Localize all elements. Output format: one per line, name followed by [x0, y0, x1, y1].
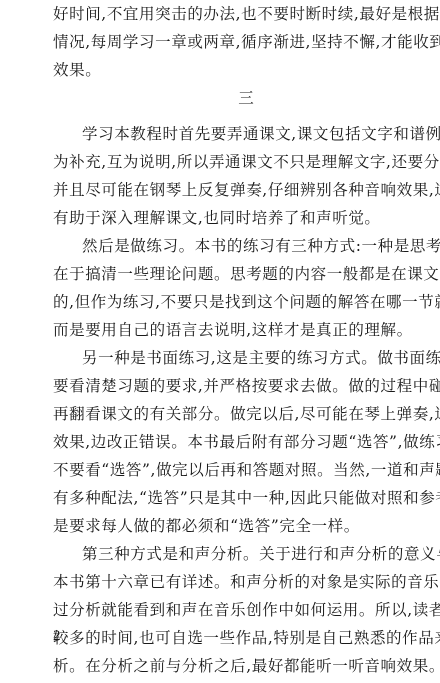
- paragraph-4-line-1: 另一种是书面练习,这是主要的练习方式。做书面练习首先: [82, 344, 439, 372]
- paragraph-1-line-1: 好时间,不宜用突击的办法,也不要时断时续,最好是根据自己的: [53, 0, 439, 28]
- paragraph-4-line-5: 不要看“选答”,做完以后再和答题对照。当然,一道和声题通常: [53, 456, 439, 484]
- paragraph-2-line-4: 有助于深入理解课文,也同时培养了和声听觉。: [53, 204, 381, 232]
- paragraph-4-line-4: 效果,边改正错误。本书最后附有部分习题“选答”,做练习时先: [53, 428, 439, 456]
- paragraph-5-line-5: 析。在分析之前与分析之后,最好都能听一听音响效果。: [53, 652, 440, 680]
- paragraph-3-line-2: 在于搞清一些理论问题。思考题的内容一般都是在课文中讲过: [53, 260, 439, 288]
- paragraph-2-line-2: 为补充,互为说明,所以弄通课文不只是理解文字,还要分析谱例,: [53, 148, 439, 176]
- section-heading: 三: [53, 84, 439, 112]
- paragraph-4-line-2: 要看清楚习题的要求,并严格按要求去做。做的过程中碰到问题: [53, 372, 439, 400]
- paragraph-4-line-7: 是要求每人做的都必须和“选答”完全一样。: [53, 512, 360, 540]
- paragraph-2-line-3: 并且尽可能在钢琴上反复弹奏,仔细辨别各种音响效果,这样不但: [53, 176, 439, 204]
- paragraph-4-line-6: 有多种配法,“选答”只是其中一种,因此只能做对照和参考,而不: [53, 484, 439, 512]
- paragraph-4-line-3: 再翻看课文的有关部分。做完以后,尽可能在琴上弹奏,边听音响: [53, 400, 439, 428]
- paragraph-5-line-3: 过分析就能看到和声在音乐创作中如何运用。所以,读者倘若有: [53, 596, 439, 624]
- paragraph-3-line-1: 然后是做练习。本书的练习有三种方式:一种是思考题,目的: [82, 232, 439, 260]
- paragraph-2-line-1: 学习本教程时首先要弄通课文,课文包括文字和谱例,两者互: [82, 120, 439, 148]
- paragraph-1-line-2: 情况,每周学习一章或两章,循序渐进,坚持不懈,才能收到明显: [53, 28, 439, 56]
- paragraph-3-line-4: 而是要用自己的语言去说明,这样才是真正的理解。: [53, 316, 413, 344]
- paragraph-1-line-3: 效果。: [53, 56, 101, 84]
- paragraph-5-line-4: 较多的时间,也可自选一些作品,特别是自己熟悉的作品来进行分: [53, 624, 439, 652]
- paragraph-5-line-1: 第三种方式是和声分析。关于进行和声分析的意义与方法,: [82, 540, 439, 568]
- page-number: 2: [53, 626, 61, 646]
- paragraph-3-line-3: 的,但作为练习,不要只是找到这个问题的解答在哪一节就算了,: [53, 288, 439, 316]
- paragraph-5-line-2: 本书第十六章已有详述。和声分析的对象是实际的音乐作品,通: [53, 568, 439, 596]
